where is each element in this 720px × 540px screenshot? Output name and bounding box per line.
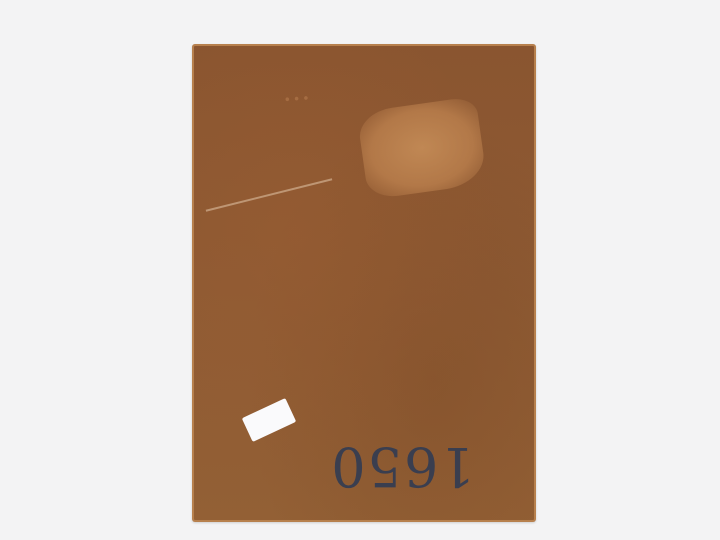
worn-patch xyxy=(356,96,487,200)
handwritten-number: 1650 xyxy=(332,422,472,512)
white-paper-label xyxy=(242,398,296,442)
scratch-mark xyxy=(206,178,333,211)
faint-scratched-writing: … xyxy=(281,73,311,108)
board-panel: … 1650 xyxy=(192,44,536,522)
